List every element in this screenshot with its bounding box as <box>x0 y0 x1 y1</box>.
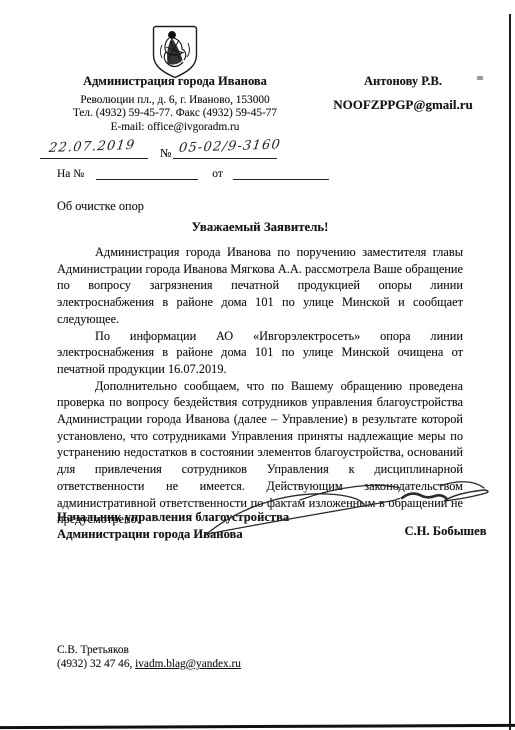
subject-line: Об очистке опор <box>57 199 144 214</box>
executor-contact: (4932) 32 47 46, ivadm.blag@yandex.ru <box>57 658 241 670</box>
recipient-name: Антонову Р.В. <box>303 74 503 89</box>
handwritten-signature-icon <box>188 478 500 550</box>
address-line: E-mail: office@ivgoradm.ru <box>38 121 312 134</box>
date-underline <box>40 158 148 159</box>
address-line: Тел. (4932) 59-45-77. Факс (4932) 59-45-… <box>38 107 312 120</box>
executor-phone: (4932) 32 47 46, <box>57 658 132 670</box>
handwritten-date: 22.07.2019 <box>48 138 136 156</box>
recipient-email: NOOFZPPGP@gmail.ru <box>298 97 508 113</box>
body-paragraph-1: Администрация города Иванова по поручени… <box>57 244 463 328</box>
salutation: Уважаемый Заявитель! <box>57 220 463 235</box>
executor-name: С.В. Третьяков <box>57 644 129 656</box>
letterhead-address: Революции пл., д. 6, г. Иваново, 153000 … <box>38 94 312 134</box>
reply-to-label: На № <box>57 168 84 180</box>
number-sign-label: № <box>160 146 171 161</box>
reply-date-blank <box>233 166 329 180</box>
body-paragraph-2: По информации АО «Ивгорэлектросеть» опор… <box>57 328 463 378</box>
number-underline <box>173 158 277 159</box>
scan-edge-bottom <box>0 724 515 729</box>
reply-reference-row: На №от <box>57 166 329 180</box>
scan-edge-right <box>509 14 511 730</box>
scanned-letter-page: Администрация города Иванова Революции п… <box>0 0 515 730</box>
executor-email: ivadm.blag@yandex.ru <box>135 658 241 670</box>
handwritten-outgoing-number: 05-02/9-3160 <box>178 137 282 156</box>
address-line: Революции пл., д. 6, г. Иваново, 153000 <box>38 94 312 107</box>
reply-from-label: от <box>212 168 223 180</box>
organization-name: Администрация города Иванова <box>38 74 312 89</box>
ivanovo-coat-of-arms-icon <box>152 25 198 79</box>
reply-number-blank <box>96 166 198 180</box>
